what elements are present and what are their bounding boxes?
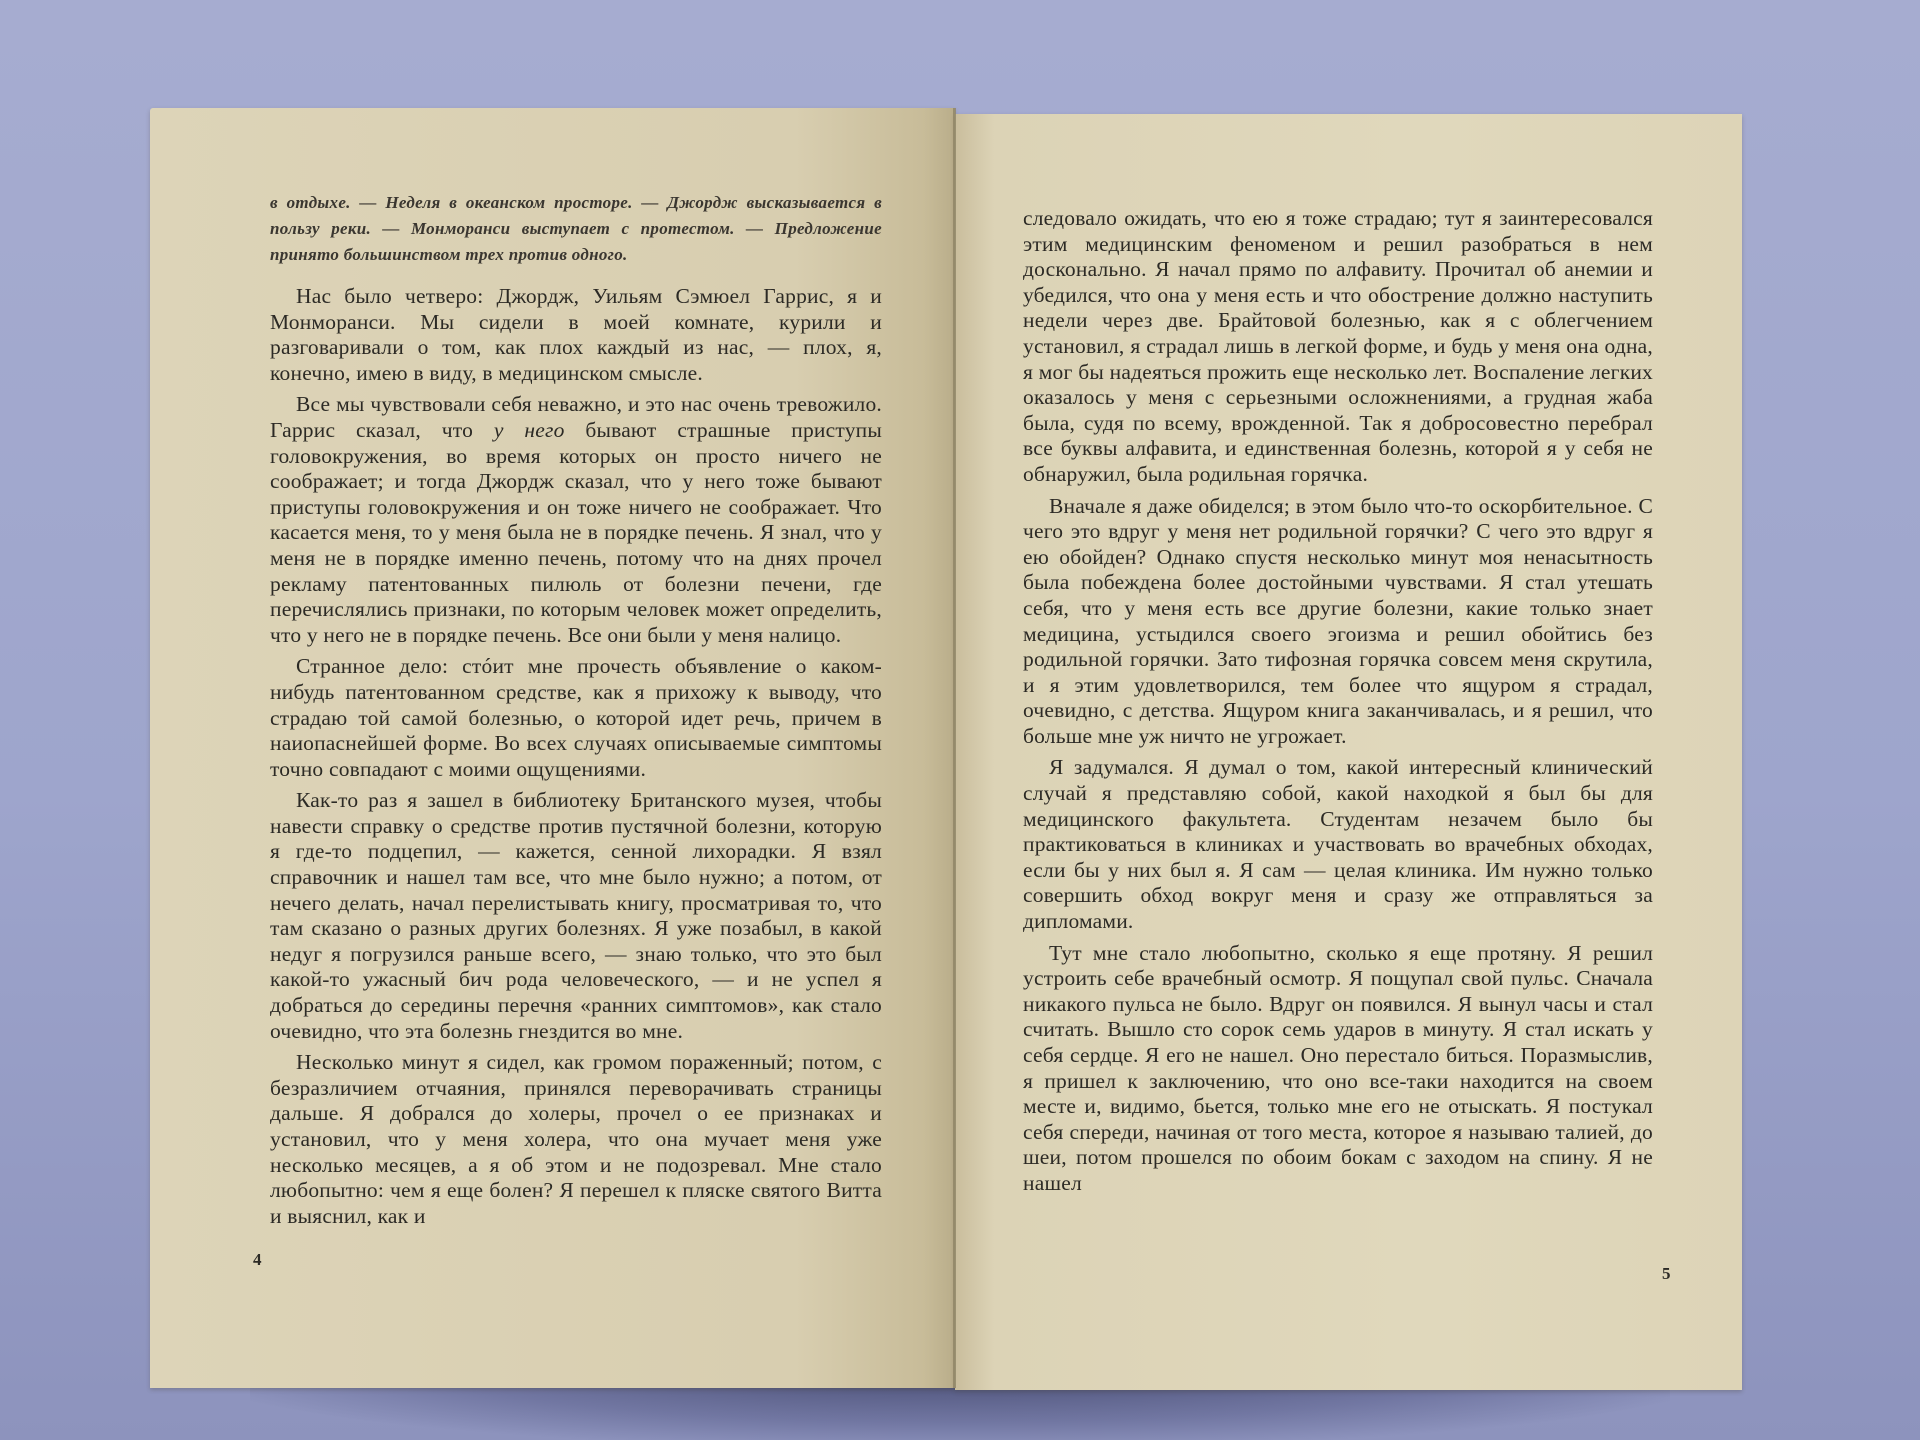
right-page: следовало ожидать, что ею я тоже страдаю… — [955, 114, 1742, 1390]
page-number-right: 5 — [1662, 1264, 1671, 1284]
paragraph: Я задумался. Я думал о том, какой интере… — [1023, 755, 1653, 934]
left-page: в отдыхе. — Неделя в океанском просторе.… — [150, 108, 955, 1388]
paragraph: Нас было четверо: Джордж, Уильям Сэмюел … — [270, 284, 882, 386]
paragraph-continuation: следовало ожидать, что ею я тоже страдаю… — [1023, 206, 1653, 488]
paragraph-text: бывают страшные приступы головокружения,… — [270, 418, 882, 647]
right-page-text: следовало ожидать, что ею я тоже страдаю… — [1023, 206, 1653, 1203]
book-spine — [953, 108, 956, 1388]
left-page-text: в отдыхе. — Неделя в океанском просторе.… — [270, 190, 882, 1235]
paragraph: Все мы чувствовали себя неважно, и это н… — [270, 392, 882, 648]
open-book: в отдыхе. — Неделя в океанском просторе.… — [150, 108, 1742, 1388]
paragraph: Как-то раз я зашел в библиотеку Британск… — [270, 788, 882, 1044]
chapter-summary: в отдыхе. — Неделя в океанском просторе.… — [270, 190, 882, 268]
paragraph: Странное дело: стóит мне прочесть объявл… — [270, 654, 882, 782]
paragraph: Несколько минут я сидел, как громом пора… — [270, 1050, 882, 1229]
paragraph: Тут мне стало любопытно, сколько я еще п… — [1023, 941, 1653, 1197]
emphasis-text: у него — [494, 418, 565, 442]
page-number-left: 4 — [253, 1250, 262, 1270]
paragraph: Вначале я даже обиделся; в этом было что… — [1023, 494, 1653, 750]
